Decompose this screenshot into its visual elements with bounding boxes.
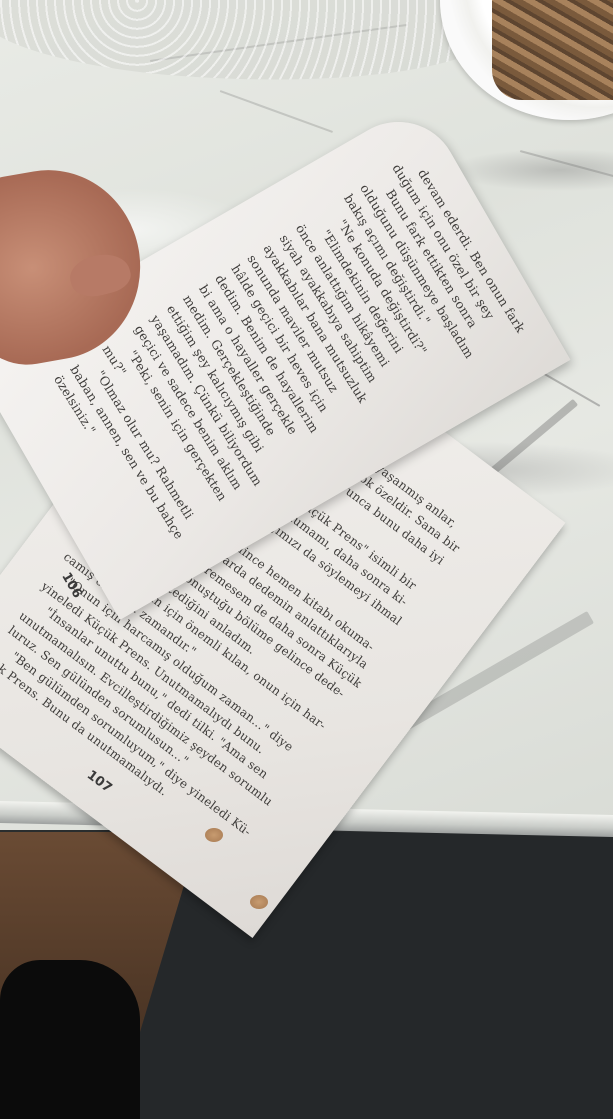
page-stain — [250, 895, 268, 909]
page-number-107: 107 — [84, 768, 115, 796]
open-book: "Neden?" "Çünkü bir emek ve birlikte yaş… — [0, 0, 613, 1119]
photo-scene: "Neden?" "Çünkü bir emek ve birlikte yaş… — [0, 0, 613, 1119]
page-stain — [205, 828, 223, 842]
